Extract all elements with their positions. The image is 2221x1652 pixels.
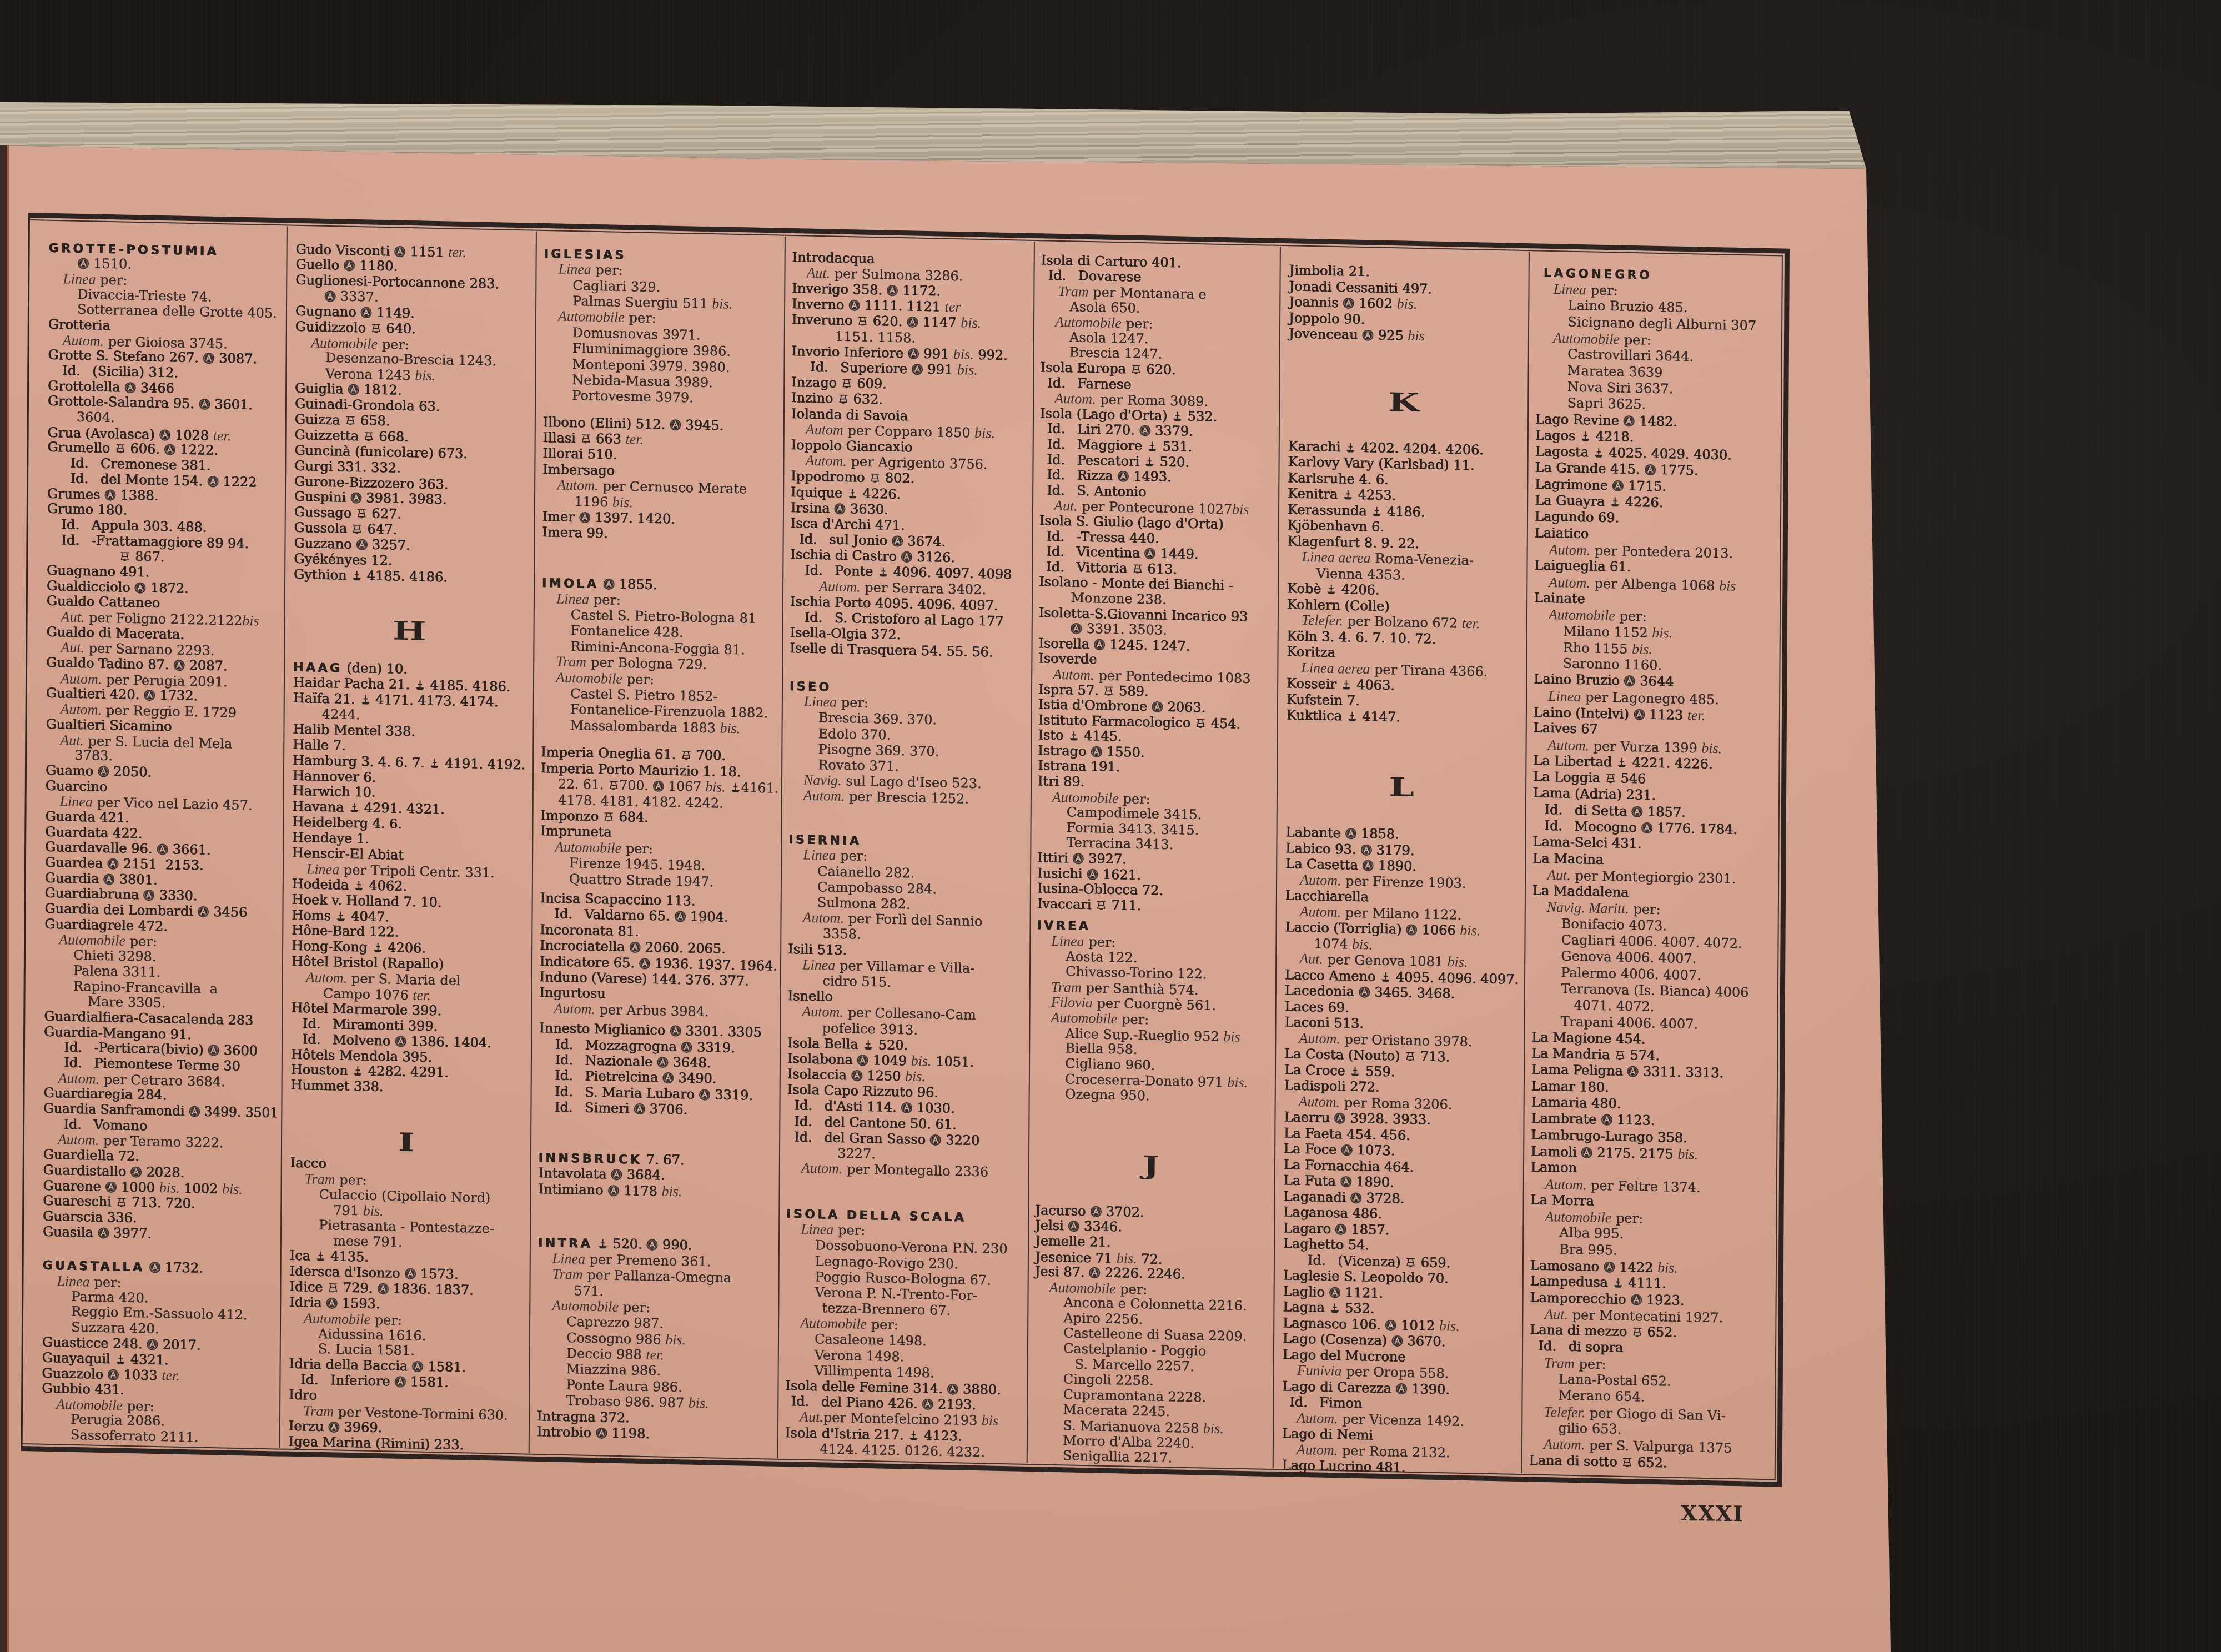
entry-content: Linea per:: [1051, 933, 1115, 951]
spacer: [290, 1093, 531, 1129]
entry-content: Igea Marina (Rimini) 233.: [289, 1434, 464, 1453]
entry-text: Haïfa 21.: [293, 690, 360, 707]
station-heading: LAGONEGRO: [1544, 267, 1652, 283]
entry-text: S. Lucia 1581.: [318, 1341, 415, 1359]
entry-text: Chivasso-Torino 122.: [1066, 964, 1207, 982]
index-column-3: IGLESIASLinea per:Cagliari 329.Palmas Su…: [529, 228, 785, 1462]
entry-text: mese 791.: [333, 1233, 403, 1251]
entry-text: Molveno: [333, 1032, 395, 1048]
entry-text: Inferiore: [330, 1373, 394, 1389]
service-type-label: bis.: [661, 1183, 682, 1199]
entry-text: per:: [619, 1299, 650, 1315]
entry-text: per:: [591, 262, 623, 278]
ship-icon: [348, 802, 360, 814]
entry-text: Ica: [290, 1248, 315, 1264]
entry-text: 1872.: [146, 580, 189, 596]
entry-text: Kobè: [1287, 581, 1325, 597]
entry-content: Sassoferrato 2111.: [71, 1428, 199, 1445]
entry-text: per:: [1115, 1281, 1147, 1297]
entry-text: 3391. 3503.: [1082, 621, 1167, 638]
entry-content: Laces 69.: [1285, 998, 1349, 1016]
idem-abbreviation: Id.: [554, 906, 572, 922]
entry-text: Homs: [292, 907, 335, 923]
entry-text: S. Antonio: [1077, 483, 1146, 500]
service-type-label: Tram: [1058, 283, 1088, 300]
service-type-label: Autom.: [1549, 541, 1591, 559]
entry-text: 1074: [1314, 936, 1352, 952]
entry-text: Imera 99.: [542, 524, 608, 541]
entry-text: 3337.: [336, 288, 379, 305]
entry-content: Ica 4135.: [290, 1248, 369, 1266]
entry-text: Lacchiarella: [1285, 887, 1369, 905]
entry-text: per:: [378, 336, 409, 352]
entry-content: Imera 99.: [542, 524, 608, 541]
tram-icon: [115, 1197, 127, 1208]
entry-text: Istrago: [1038, 742, 1091, 759]
entry-text: Isella-Olgia 372.: [790, 625, 901, 642]
service-type-label: ter.: [448, 244, 466, 261]
bus-service-icon: [646, 1239, 658, 1251]
spacer: [294, 583, 534, 619]
entry-text: Saronno 1160.: [1562, 655, 1662, 673]
service-type-label: Autom.: [1053, 666, 1094, 684]
entry-text: 3330.: [155, 887, 198, 904]
entry-content: Inzino 632.: [791, 390, 883, 408]
entry-content: Idria 1593.: [289, 1295, 380, 1312]
entry-content: Linea per:: [558, 262, 622, 279]
entry-text: Cigliano 960.: [1065, 1056, 1155, 1073]
entry-text: 4202. 4204. 4206.: [1356, 440, 1484, 458]
entry-text: 3456: [209, 904, 248, 920]
bus-service-icon: [1391, 1335, 1403, 1347]
entry-text: Monzone 238.: [1071, 590, 1166, 607]
entry-text: 1388.: [116, 487, 159, 504]
entry-text: 713. 720.: [127, 1194, 195, 1211]
entry-text: Massalombarda 1883: [570, 717, 720, 736]
entry-text: 1123: [1645, 706, 1687, 723]
service-type-label: Tram: [303, 1403, 334, 1419]
bus-service-icon: [173, 659, 185, 671]
entry-text: per Roma 3206.: [1340, 1094, 1452, 1112]
ship-icon: [1325, 584, 1337, 595]
entry-text: 3301. 3305: [681, 1023, 762, 1040]
entry-content: Kenitra 4253.: [1288, 486, 1396, 504]
bus-service-icon: [134, 582, 146, 594]
bus-service-icon: [1090, 1206, 1102, 1217]
ship-icon: [114, 1353, 126, 1365]
entry-text: 1857.: [1643, 804, 1686, 820]
index-table-frame: GROTTE-POSTUMIA 1510.Linea per:Divaccia-…: [21, 213, 1790, 1487]
ship-icon: [1068, 730, 1079, 742]
entry-content: Hendaye 1.: [292, 830, 369, 847]
entry-content: 4124. 4125. 0126. 4232.: [820, 1441, 985, 1460]
service-type-label: Linea aerea: [1302, 549, 1370, 566]
entry-content: Aosta 122.: [1066, 949, 1137, 966]
entry-text: per:: [625, 310, 656, 326]
entry-text: Imponzo: [541, 807, 603, 824]
entry-text: 2050.: [109, 764, 152, 780]
bus-service-icon: [1601, 1114, 1612, 1126]
entry-content: Intimiano 1178 bis.: [538, 1181, 682, 1200]
entry-text: Domusnovas 3971.: [572, 325, 701, 343]
entry-text: per S. Maria del: [347, 971, 461, 988]
entry-text: 4221. 4226.: [1628, 755, 1713, 772]
entry-text: 1178: [619, 1183, 662, 1199]
entry-text: Chieti 3298.: [73, 947, 157, 965]
entry-text: Iacco: [290, 1155, 326, 1171]
entry-content: Irsina 3630.: [791, 500, 888, 518]
entry-text: 1245. 1247.: [1106, 636, 1190, 654]
ship-icon: [1340, 679, 1352, 691]
entry-text: 700.: [692, 747, 726, 764]
entry-content: Automobile per:: [1553, 330, 1651, 349]
idem-abbreviation: Id.: [1047, 528, 1065, 544]
entry-text: per Copparo 1850: [843, 423, 975, 441]
idem-abbreviation: Id.: [71, 455, 89, 471]
entry-text: Irsina: [791, 500, 835, 516]
bus-service-icon: [1334, 1112, 1346, 1124]
service-type-label: bis.: [415, 368, 435, 384]
entry-content: Merano 654.: [1558, 1388, 1645, 1405]
service-type-label: Funivia: [1297, 1362, 1342, 1379]
entry-text: Guardia Sanframondi: [43, 1101, 189, 1119]
entry-text: pofelice 3913.: [822, 1020, 918, 1038]
entry-text: Guarcino: [46, 777, 108, 794]
entry-content: Automobile per:: [558, 309, 656, 327]
bus-service-icon: [1362, 329, 1374, 341]
bus-service-icon: [149, 1262, 160, 1273]
entry-content: Lagna 532.: [1283, 1299, 1374, 1317]
service-type-label: Automobile: [800, 1315, 867, 1332]
service-type-label: Telefer.: [1302, 612, 1343, 629]
entry-content: Linea per:: [1554, 281, 1618, 299]
bus-service-icon: [1071, 623, 1082, 635]
entry-text: Guardata 422.: [45, 824, 142, 841]
idem-abbreviation: Id.: [1047, 436, 1066, 452]
entry-text: 3977.: [109, 1225, 152, 1242]
entry-text: Gyékényes 12.: [294, 551, 392, 569]
entry-text: per Albenga 1068: [1590, 575, 1720, 594]
entry-text: Jimbolia 21.: [1289, 263, 1370, 280]
entry-text: Jemelle 21.: [1035, 1233, 1110, 1250]
service-type-label: Aut.: [1544, 1306, 1568, 1323]
entry-text: Halle 7.: [293, 737, 345, 754]
entry-text: 4282. 4291.: [364, 1063, 449, 1081]
service-type-label: Linea: [552, 1250, 585, 1267]
entry-text: 663: [591, 431, 625, 447]
entry-text: 72.: [1137, 1251, 1163, 1267]
entry-text: 4161.: [741, 780, 778, 796]
entry-text: 3126.: [913, 549, 956, 566]
letter-heading: H: [392, 616, 426, 646]
bus-service-icon: [350, 492, 362, 504]
entry-text: Ponte Laura 986.: [566, 1377, 682, 1395]
entry-content: Cigliano 960.: [1065, 1056, 1155, 1073]
entry-content: Automobile per:: [552, 1298, 650, 1315]
entry-content: Ippodromo 802.: [791, 468, 914, 486]
station-heading: IVREA: [1037, 919, 1091, 934]
entry-content: Cossogno 986 bis.: [566, 1330, 686, 1348]
service-type-label: bis.: [612, 494, 633, 510]
bus-service-icon: [1345, 828, 1356, 840]
entry-text: 3644: [1636, 673, 1674, 689]
entry-text: 1198.: [607, 1425, 650, 1442]
entry-text: 4185. 4186.: [426, 677, 511, 695]
entry-text: 3630.: [846, 501, 888, 518]
entry-text: per Vurza 1399: [1589, 738, 1701, 756]
tram-icon: [327, 1282, 339, 1293]
entry-text: Guidizzolo: [295, 318, 370, 335]
entry-text: 1033: [119, 1367, 162, 1384]
tram-icon: [1404, 1051, 1416, 1062]
idem-abbreviation: Id.: [794, 1129, 812, 1145]
entry-text: 1936. 1937. 1964.: [650, 956, 777, 974]
service-type-label: bis.: [1352, 936, 1373, 952]
entry-text: [599, 576, 603, 591]
ship-icon: [359, 694, 371, 705]
service-type-label: Automobile: [552, 1297, 619, 1314]
entry-text: Guardea: [45, 855, 107, 871]
entry-content: Illasi 663 ter.: [543, 430, 644, 448]
entry-content: Iquique 4226.: [791, 484, 901, 502]
entry-text: Labante: [1286, 824, 1345, 841]
spacer: [1286, 723, 1526, 774]
station-heading: ISEO: [790, 680, 832, 695]
entry-content: mese 791.: [333, 1234, 403, 1251]
tram-icon: [114, 443, 126, 455]
entry-content: Kosseir 4063.: [1287, 676, 1395, 694]
service-type-label: ter.: [413, 987, 431, 1003]
entry-text: Guspini: [294, 489, 350, 505]
entry-text: Biella 958.: [1065, 1040, 1137, 1057]
entry-content: Bra 995.: [1559, 1241, 1617, 1258]
service-type-label: ter.: [213, 428, 232, 444]
entry-text: La Libertad: [1533, 752, 1616, 770]
entry-text: Lana-Postal 652.: [1559, 1372, 1671, 1389]
spacer: [786, 1176, 1028, 1210]
entry-text: 559.: [1361, 1063, 1395, 1079]
entry-content: Kuktlica 4147.: [1287, 707, 1400, 726]
entry-text: Ilbono (Elini) 512.: [543, 414, 670, 433]
service-type-label: Linea: [802, 956, 835, 973]
entry-text: Cagliari 329.: [572, 278, 660, 295]
entry-text: La Casetta: [1285, 856, 1362, 873]
entry-text: Gythion: [294, 566, 351, 583]
entry-text: per:: [867, 1317, 898, 1333]
entry-text: 3319.: [692, 1039, 735, 1056]
entry-text: 1147: [918, 314, 961, 331]
entry-content: Linea per:: [556, 591, 621, 608]
entry-text: per:: [1122, 315, 1153, 332]
bus-service-icon: [1359, 986, 1370, 998]
entry-content: Bonifacio 4073.: [1561, 916, 1667, 934]
service-type-label: bis.: [1657, 1259, 1678, 1276]
spacer: [788, 804, 1031, 837]
entry-text: Guello: [295, 257, 343, 273]
entry-text: La Guayra: [1535, 492, 1609, 509]
entry-text: 7. 67.: [642, 1152, 684, 1168]
entry-text: 1149.: [372, 304, 415, 321]
entry-content: Vienna 4353.: [1316, 565, 1405, 583]
entry-text: 22. 61.: [558, 776, 608, 793]
entry-content: La Maddalena: [1532, 883, 1629, 901]
bus-service-icon: [326, 1297, 338, 1309]
entry-text: Lama Peligna: [1531, 1062, 1627, 1079]
service-type-label: Autom.: [802, 910, 844, 927]
bus-service-icon: [674, 911, 686, 922]
tram-icon: [1103, 685, 1114, 696]
entry-text: Heidelberg 4. 6.: [292, 814, 402, 832]
entry-text: Milano 1152: [1563, 624, 1652, 641]
entry-content: Sapri 3625.: [1567, 395, 1646, 413]
entry-text: per:: [622, 671, 654, 687]
bus-service-icon: [157, 843, 168, 855]
entry-text: Palena 3311.: [73, 963, 161, 980]
service-type-label: ter.: [1687, 707, 1706, 724]
tram-icon: [603, 811, 615, 822]
entry-content: Pisogne 369. 370.: [818, 741, 939, 760]
entry-content: Incoronata 81.: [540, 922, 639, 940]
entry-text: Guasticce 248.: [42, 1334, 147, 1352]
entry-text: 1386. 1404.: [406, 1033, 491, 1051]
entry-text: 1858.: [1356, 826, 1399, 842]
entry-content: Imponzo 684.: [541, 807, 649, 825]
entry-text: 713.: [1416, 1048, 1450, 1064]
entry-text: 3670.: [1403, 1333, 1446, 1350]
entry-text: Invorio Inferiore: [792, 343, 908, 361]
bus-service-icon: [1152, 701, 1163, 712]
entry-text: 1550.: [1102, 744, 1145, 760]
service-type-label: bis.: [905, 1068, 926, 1084]
entry-text: 4047.: [346, 908, 389, 925]
entry-content: Linea per:: [57, 1273, 121, 1291]
service-type-label: Linea: [558, 261, 591, 278]
entry-content: Macerata 2245.: [1063, 1403, 1170, 1420]
bus-service-icon: [639, 957, 650, 969]
bus-service-icon: [1091, 746, 1102, 757]
entry-content: Illorai 510.: [542, 445, 617, 463]
entry-content: Lambrate 1123.: [1531, 1111, 1655, 1129]
entry-content: Caianello 282.: [817, 863, 914, 881]
entry-text: del Monte 154.: [101, 471, 207, 489]
entry-text: Inzago: [791, 374, 841, 391]
spacer: [1036, 1102, 1275, 1153]
entry-text: Laiatico: [1535, 525, 1589, 541]
entry-text: 4185. 4186.: [363, 568, 448, 585]
entry-text: 652.: [1633, 1454, 1667, 1470]
entry-text: 1857.: [1347, 1221, 1390, 1238]
entry-content: Saronno 1160.: [1562, 655, 1662, 674]
entry-text: 4226.: [858, 485, 901, 502]
entry-text: Guardavalle 96.: [45, 839, 157, 857]
service-type-label: Linea: [804, 694, 837, 710]
service-type-label: Automobile: [1545, 1208, 1611, 1226]
service-type-label: Linea aerea: [1301, 660, 1370, 677]
bus-service-icon: [108, 1369, 119, 1380]
entry-text: Idice: [289, 1279, 327, 1295]
ship-icon: [1342, 489, 1354, 501]
entry-content: 3783.: [74, 748, 113, 764]
service-type-label: Autom.: [802, 1003, 843, 1021]
service-type-label: Aut.: [61, 609, 85, 625]
entry-text: Joppolo 90.: [1289, 310, 1365, 327]
entry-text: per Oropa 558.: [1342, 1364, 1449, 1382]
entry-content: Lamaria 480.: [1531, 1094, 1621, 1112]
service-type-label: bis.: [1677, 1146, 1698, 1163]
entry-content: Laganosa 486.: [1283, 1204, 1382, 1222]
entry-content: Castrovillari 3644.: [1567, 347, 1694, 365]
entry-text: per Vicenza 1492.: [1338, 1411, 1464, 1429]
bus-service-icon: [1144, 548, 1156, 559]
entry-text: 2175. 2175: [1593, 1145, 1678, 1162]
entry-text: 620.: [1142, 361, 1176, 378]
entry-text: Nova Siri 3637.: [1567, 379, 1674, 397]
entry-text: Miazzina 986.: [566, 1361, 661, 1378]
service-type-label: Linea: [1051, 933, 1084, 950]
entry-content: Lana di sotto 652.: [1529, 1452, 1667, 1471]
entry-text: Valdarno 65.: [585, 907, 675, 924]
entry-text: Lama-Selci 431.: [1532, 834, 1641, 852]
entry-text: 2226. 2246.: [1101, 1265, 1185, 1282]
service-type-label: Autom.: [803, 787, 845, 805]
entry-text: 1121.: [1341, 1284, 1384, 1301]
entry-content: Imbersago: [542, 461, 615, 479]
entry-text: Kuktlica: [1287, 707, 1346, 724]
idem-abbreviation: Id.: [62, 516, 80, 533]
entry-content: Introbio 1198.: [537, 1424, 650, 1442]
entry-text: 520.: [874, 1037, 908, 1053]
entry-text: 3601.: [210, 396, 253, 413]
entry-text: Karlsruhe 4. 6.: [1288, 470, 1389, 488]
entry-content: Lainate: [1534, 590, 1585, 607]
entry-text: Illorai 510.: [542, 445, 617, 463]
entry-text: Asola 650.: [1069, 299, 1140, 316]
entry-text: Iquique: [791, 484, 847, 501]
entry-content: Lama-Selci 431.: [1532, 834, 1641, 852]
ship-icon: [1593, 447, 1605, 459]
service-type-label: Automobile: [1549, 606, 1615, 624]
service-type-label: Aut.: [60, 732, 84, 749]
entry-text: Guizzetta: [295, 427, 363, 444]
entry-text: 632.: [849, 391, 883, 408]
entry-text: Isoverde: [1038, 651, 1097, 667]
tram-icon: [580, 433, 591, 444]
entry-text: Lagundo 69.: [1535, 509, 1619, 526]
service-type-label: Autom.: [1544, 1436, 1585, 1453]
bus-service-icon: [662, 1072, 674, 1084]
idem-abbreviation: Id.: [303, 1016, 321, 1032]
entry-text: 606.: [126, 441, 164, 457]
entry-content: Tram per:: [305, 1171, 367, 1188]
service-type-label: bis: [1232, 501, 1249, 518]
entry-text: Grumo 180.: [47, 501, 128, 518]
tram-icon: [1614, 1050, 1626, 1061]
entry-text: 4025. 4029. 4030.: [1605, 445, 1732, 463]
entry-text: Intavolata: [539, 1165, 611, 1182]
entry-text: Firenze 1945. 1948.: [569, 855, 705, 873]
bus-service-icon: [1624, 675, 1636, 687]
service-type-label: bis.: [953, 346, 974, 363]
entry-text: 3346.: [1079, 1218, 1122, 1235]
tram-icon: [841, 378, 853, 389]
service-type-label: Tram: [556, 654, 586, 670]
entry-text: 3728.: [1362, 1190, 1405, 1207]
entry-content: Kjöbenhavn 6.: [1288, 518, 1384, 535]
bus-service-icon: [901, 551, 913, 563]
entry-content: Asola 1247.: [1069, 330, 1149, 347]
entry-text: Hodeida: [292, 876, 353, 893]
bus-service-icon: [908, 348, 919, 359]
